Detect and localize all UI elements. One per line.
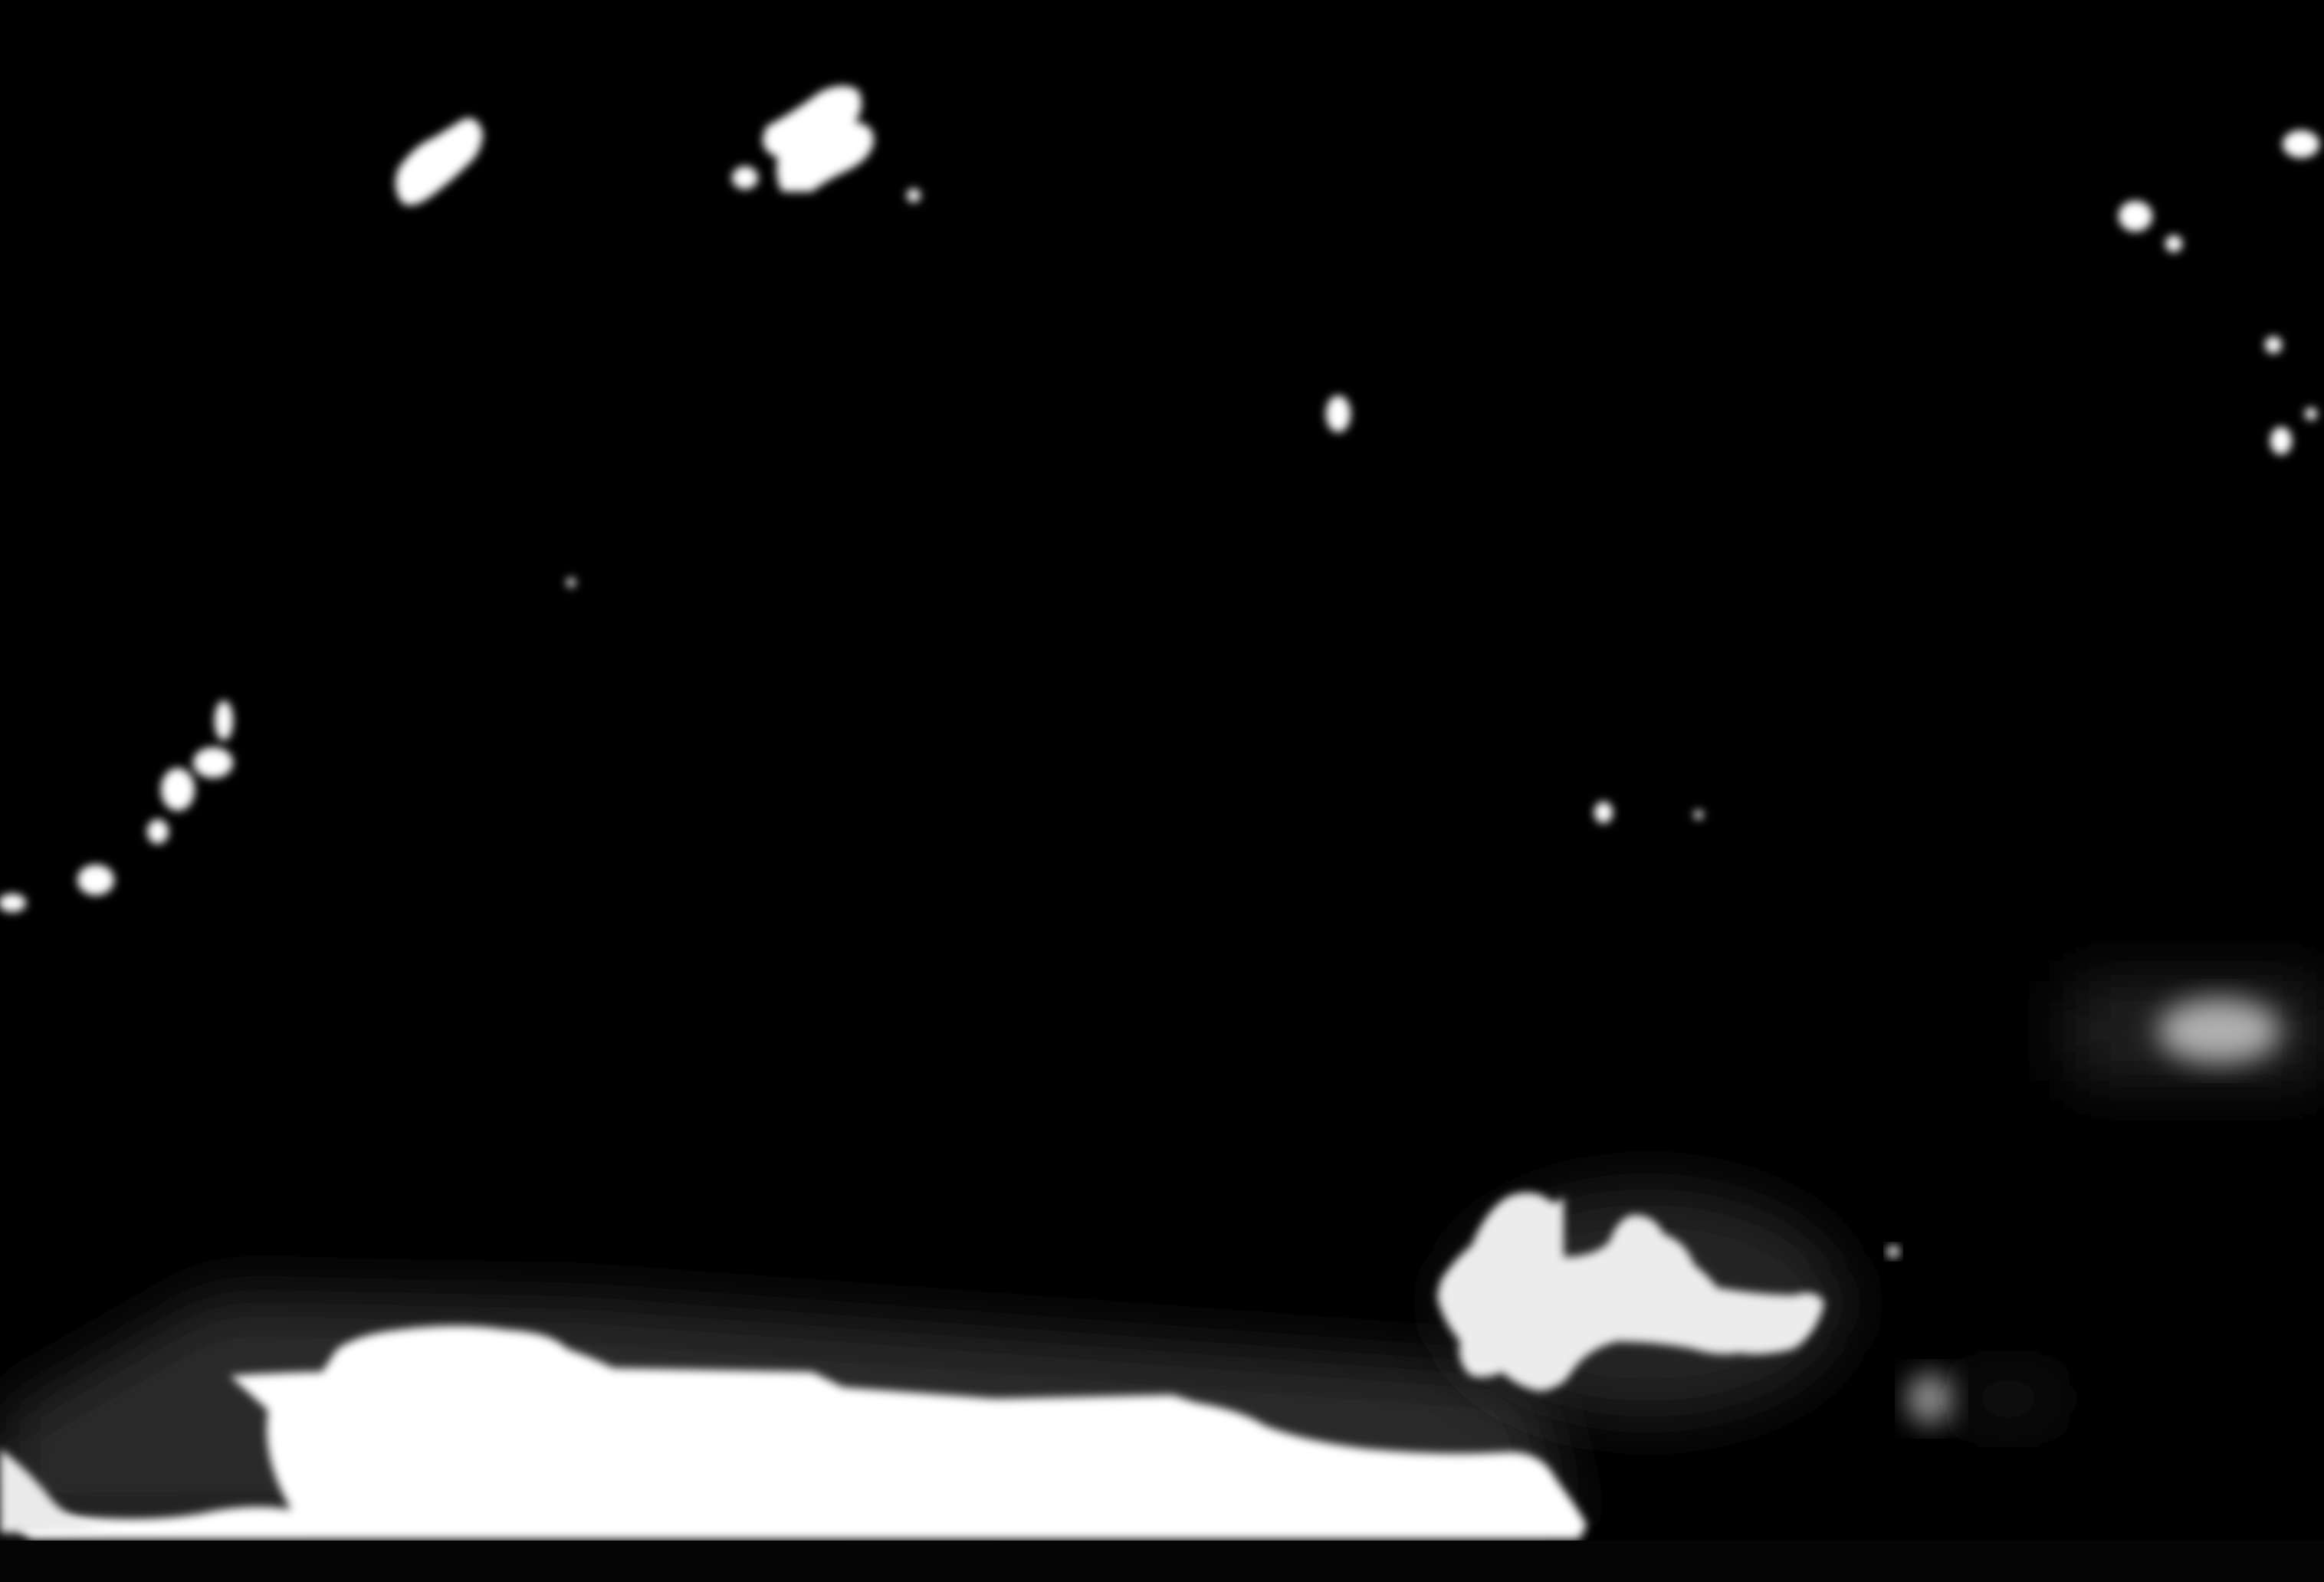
bottom-dark-band xyxy=(0,1541,2324,1582)
mid-right-specks xyxy=(1886,1245,1900,1259)
segmentation-mask xyxy=(0,0,2324,1582)
